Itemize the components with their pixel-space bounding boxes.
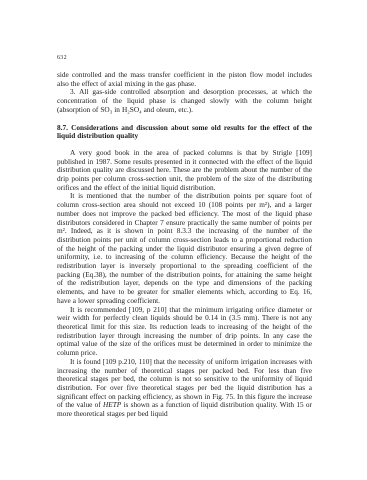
italic-text-run: HETP — [103, 400, 121, 409]
paragraph: It is recommended [109, p 210] that the … — [57, 306, 312, 358]
document-page: 632 side controlled and the mass transfe… — [0, 0, 367, 480]
section-heading: 8.7. Considerations and discussion about… — [57, 124, 312, 141]
text-run: A very good book in the area of packed c… — [57, 148, 312, 192]
text-run: 3. All gas-side controlled absorption an… — [57, 87, 312, 113]
paragraph: It is found [109 p.210, 110] that the ne… — [57, 358, 312, 419]
paragraph: A very good book in the area of packed c… — [57, 149, 312, 193]
text-block: side controlled and the mass transfer co… — [57, 71, 312, 419]
page-number: 632 — [57, 55, 67, 61]
paragraph: 3. All gas-side controlled absorption an… — [57, 88, 312, 114]
text-run: It is recommended [109, p 210] that the … — [57, 305, 312, 358]
paragraph: It is mentioned that the number of the d… — [57, 192, 312, 305]
text-run: It is mentioned that the number of the d… — [57, 191, 312, 304]
paragraph: side controlled and the mass transfer co… — [57, 71, 312, 88]
section-paragraphs: A very good book in the area of packed c… — [57, 149, 312, 419]
text-run: side controlled and the mass transfer co… — [57, 70, 312, 88]
intro-paragraphs: side controlled and the mass transfer co… — [57, 71, 312, 115]
